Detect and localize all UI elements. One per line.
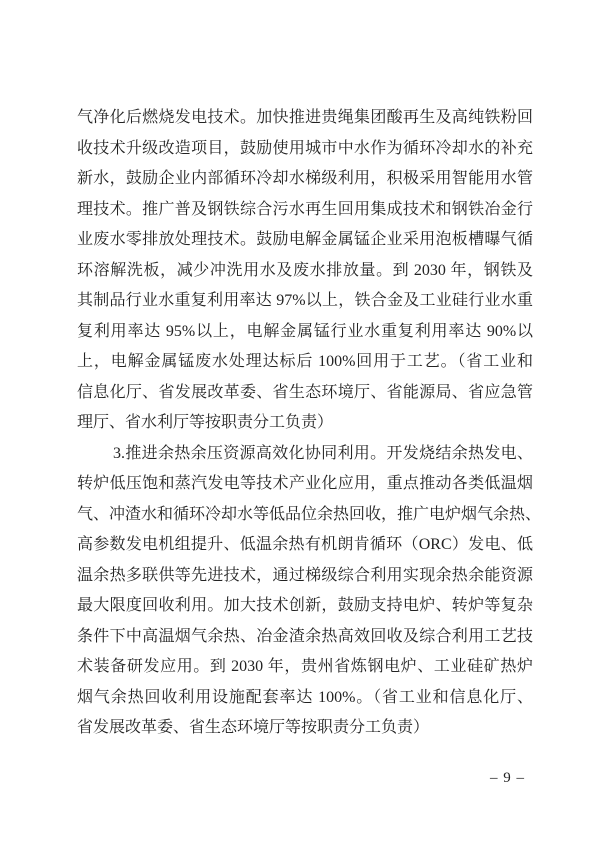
- text-line: 高参数发电机组提升、低温余热有机朗肯循环（ORC）发电、低: [77, 530, 533, 561]
- text-line: 气净化后燃烧发电技术。加快推进贵绳集团酸再生及高纯铁粉回: [77, 103, 533, 134]
- text-line: 术装备研发应用。到 2030 年，贵州省炼钢电炉、工业硅矿热炉: [77, 652, 533, 683]
- text-line: 最大限度回收利用。加大技术创新，鼓励支持电炉、转炉等复杂: [77, 591, 533, 622]
- document-page: 气净化后燃烧发电技术。加快推进贵绳集团酸再生及高纯铁粉回收技术升级改造项目，鼓励…: [0, 0, 600, 848]
- text-line: 温余热多联供等先进技术，通过梯级综合利用实现余热余能资源: [77, 561, 533, 592]
- text-line: 复利用率达 95%以上，电解金属锰行业水重复利用率达 90%以: [77, 317, 533, 348]
- text-line: 条件下中高温烟气余热、冶金渣余热高效回收及综合利用工艺技: [77, 622, 533, 653]
- text-line: 其制品行业水重复利用率达 97%以上，铁合金及工业硅行业水重: [77, 286, 533, 317]
- text-line: 收技术升级改造项目，鼓励使用城市中水作为循环冷却水的补充: [77, 134, 533, 165]
- text-line: 省发展改革委、省生态环境厅等按职责分工负责）: [77, 713, 533, 744]
- text-line: 业废水零排放处理技术。鼓励电解金属锰企业采用泡板槽曝气循: [77, 225, 533, 256]
- text-line: 理技术。推广普及钢铁综合污水再生回用集成技术和钢铁冶金行: [77, 195, 533, 226]
- text-line: 3.推进余热余压资源高效化协同利用。开发烧结余热发电、: [77, 439, 533, 470]
- text-line: 转炉低压饱和蒸汽发电等技术产业化应用，重点推动各类低温烟: [77, 469, 533, 500]
- text-line: 信息化厅、省发展改革委、省生态环境厅、省能源局、省应急管: [77, 378, 533, 409]
- document-body: 气净化后燃烧发电技术。加快推进贵绳集团酸再生及高纯铁粉回收技术升级改造项目，鼓励…: [77, 103, 533, 744]
- text-line: 烟气余热回收利用设施配套率达 100%。（省工业和信息化厅、: [77, 683, 533, 714]
- text-line: 气、冲渣水和循环冷却水等低品位余热回收，推广电炉烟气余热、: [77, 500, 533, 531]
- text-line: 环溶解洗板，减少冲洗用水及废水排放量。到 2030 年，钢铁及: [77, 256, 533, 287]
- text-line: 理厅、省水利厅等按职责分工负责）: [77, 408, 533, 439]
- page-number: – 9 –: [490, 770, 525, 787]
- text-line: 上，电解金属锰废水处理达标后 100%回用于工艺。（省工业和: [77, 347, 533, 378]
- text-line: 新水，鼓励企业内部循环冷却水梯级利用，积极采用智能用水管: [77, 164, 533, 195]
